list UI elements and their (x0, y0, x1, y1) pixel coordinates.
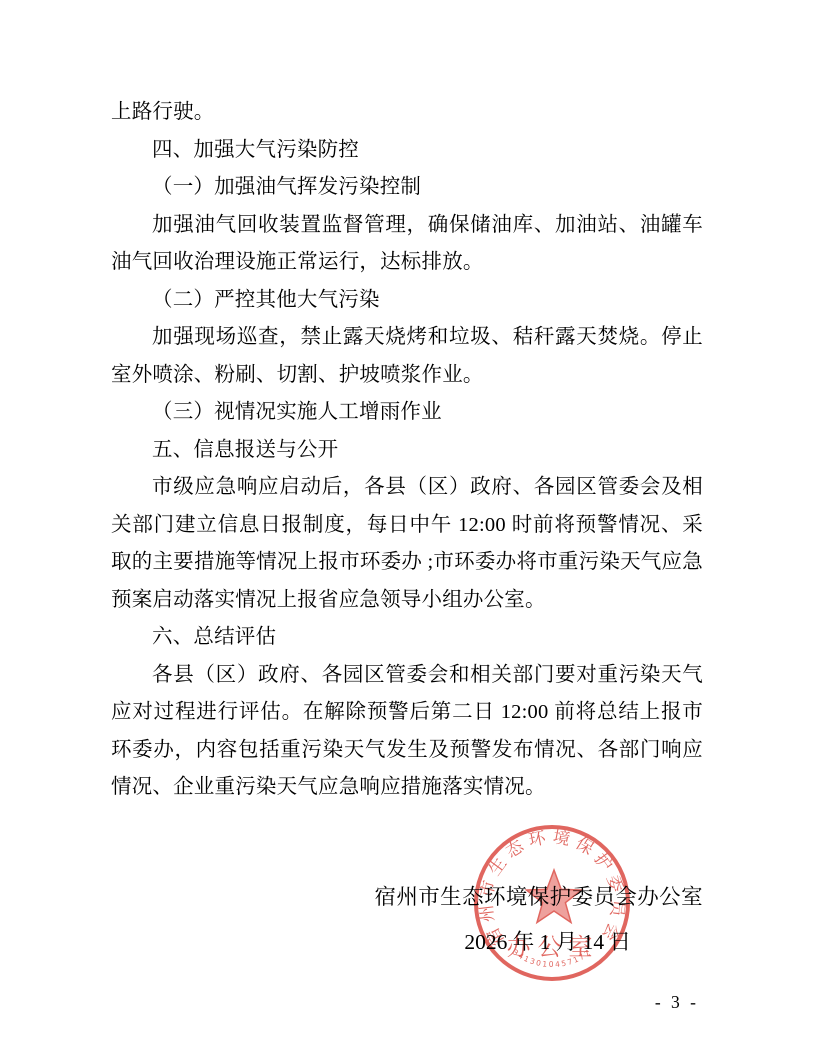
signature-date: 2026 年 1 月 14 日 (111, 920, 703, 965)
heading-sub-4-1: （一）加强油气挥发污染控制 (111, 169, 703, 207)
heading-sub-4-3: （三）视情况实施人工增雨作业 (111, 394, 703, 432)
paragraph: 加强现场巡查，禁止露天烧烤和垃圾、秸秆露天焚烧。停止室外喷涂、粉刷、切割、护坡喷… (111, 319, 703, 394)
signature-block: 宿州市生态环境保护委员会办公室 2026 年 1 月 14 日 (111, 875, 703, 965)
paragraph-continuation: 上路行驶。 (111, 94, 703, 132)
paragraph: 加强油气回收装置监督管理，确保储油库、加油站、油罐车油气回收治理设施正常运行，达… (111, 207, 703, 282)
signature-office-name: 宿州市生态环境保护委员会办公室 (111, 875, 703, 920)
heading-sub-4-2: （二）严控其他大气污染 (111, 282, 703, 320)
heading-section-4: 四、加强大气污染防控 (111, 132, 703, 170)
heading-section-5: 五、信息报送与公开 (111, 432, 703, 470)
heading-section-6: 六、总结评估 (111, 619, 703, 657)
paragraph: 各县（区）政府、各园区管委会和相关部门要对重污染天气应对过程进行评估。在解除预警… (111, 657, 703, 807)
document-page: 上路行驶。 四、加强大气污染防控 （一）加强油气挥发污染控制 加强油气回收装置监… (0, 0, 815, 1054)
document-body: 上路行驶。 四、加强大气污染防控 （一）加强油气挥发污染控制 加强油气回收装置监… (111, 94, 703, 807)
page-number: - 3 - (655, 992, 699, 1013)
paragraph: 市级应急响应启动后，各县（区）政府、各园区管委会及相关部门建立信息日报制度，每日… (111, 469, 703, 619)
